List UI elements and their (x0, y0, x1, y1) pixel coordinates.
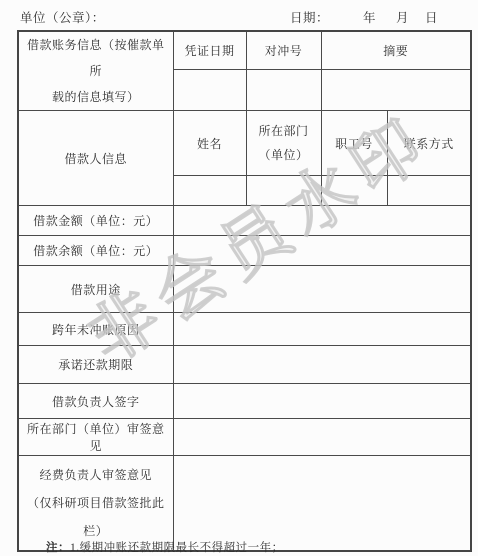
loan-purpose-label-cell: 借款用途 (18, 266, 173, 313)
department-blank-cell (246, 176, 321, 206)
footnote: 注：1.缓期冲账还款期限最长不得超过一年； (46, 539, 284, 555)
funds-review-label-line2: （仅科研项目借款签批此 (21, 489, 171, 517)
department-review-blank-cell (173, 419, 471, 456)
loan-manager-signature-label-cell: 借款负责人签字 (18, 384, 173, 419)
unit-seal-label: 单位（公章）： (20, 8, 105, 26)
funds-manager-review-blank-cell (173, 456, 471, 551)
offset-number-blank-cell (246, 69, 321, 110)
date-year-label: 年 (363, 8, 376, 26)
repayment-deadline-blank-cell (173, 346, 471, 384)
unsettled-reason-label-cell: 跨年未冲账原因 (18, 313, 173, 346)
summary-header: 摘要 (321, 31, 471, 69)
summary-blank-cell (321, 69, 471, 110)
loan-purpose-blank-cell (173, 266, 471, 313)
contact-blank-cell (387, 176, 471, 206)
funds-review-label-line1: 经费负责人审签意见 (21, 461, 171, 489)
department-header: 所在部门 （单位） (246, 111, 321, 176)
contact-header: 联系方式 (387, 111, 471, 176)
funds-manager-review-label-cell: 经费负责人审签意见 （仅科研项目借款签批此 栏） (18, 456, 173, 551)
account-info-label-line1: 借款账务信息（按催款单所 (21, 32, 171, 84)
borrower-info-label-cell: 借款人信息 (18, 111, 173, 206)
name-header: 姓名 (173, 111, 246, 176)
loan-balance-label-cell: 借款余额（单位：元） (18, 236, 173, 266)
voucher-date-blank-cell (173, 69, 246, 110)
date-day-label: 日 (425, 8, 438, 26)
name-blank-cell (173, 176, 246, 206)
loan-manager-signature-blank-cell (173, 384, 471, 419)
staff-id-blank-cell (321, 176, 387, 206)
department-header-line2: （单位） (249, 143, 319, 167)
loan-amount-blank-cell (173, 206, 471, 236)
footnote-prefix: 注： (46, 542, 70, 554)
account-info-label-cell: 借款账务信息（按催款单所 载的信息填写） (18, 31, 173, 111)
staff-id-header: 职工号 (321, 111, 387, 176)
form-top-line: 单位（公章）： 日期： 年 月 日 (0, 6, 478, 28)
repayment-deadline-label-cell: 承诺还款期限 (18, 346, 173, 384)
loan-form-table: 借款账务信息（按催款单所 载的信息填写） 凭证日期 对冲号 摘要 借款人信息 姓… (17, 30, 472, 552)
date-label: 日期： (290, 8, 329, 26)
loan-amount-label-cell: 借款金额（单位：元） (18, 206, 173, 236)
voucher-date-header: 凭证日期 (173, 31, 246, 69)
date-month-label: 月 (396, 8, 409, 26)
loan-form-document: 单位（公章）： 日期： 年 月 日 借款账务信息（按催款单所 载的信息填写） 凭… (0, 0, 478, 556)
unsettled-reason-blank-cell (173, 313, 471, 346)
offset-number-header: 对冲号 (246, 31, 321, 69)
loan-balance-blank-cell (173, 236, 471, 266)
department-review-label-cell: 所在部门（单位）审签意见 (18, 419, 173, 456)
footnote-text: 1.缓期冲账还款期限最长不得超过一年； (70, 542, 284, 554)
account-info-label-line2: 载的信息填写） (21, 84, 171, 110)
department-header-line1: 所在部门 (249, 119, 319, 143)
